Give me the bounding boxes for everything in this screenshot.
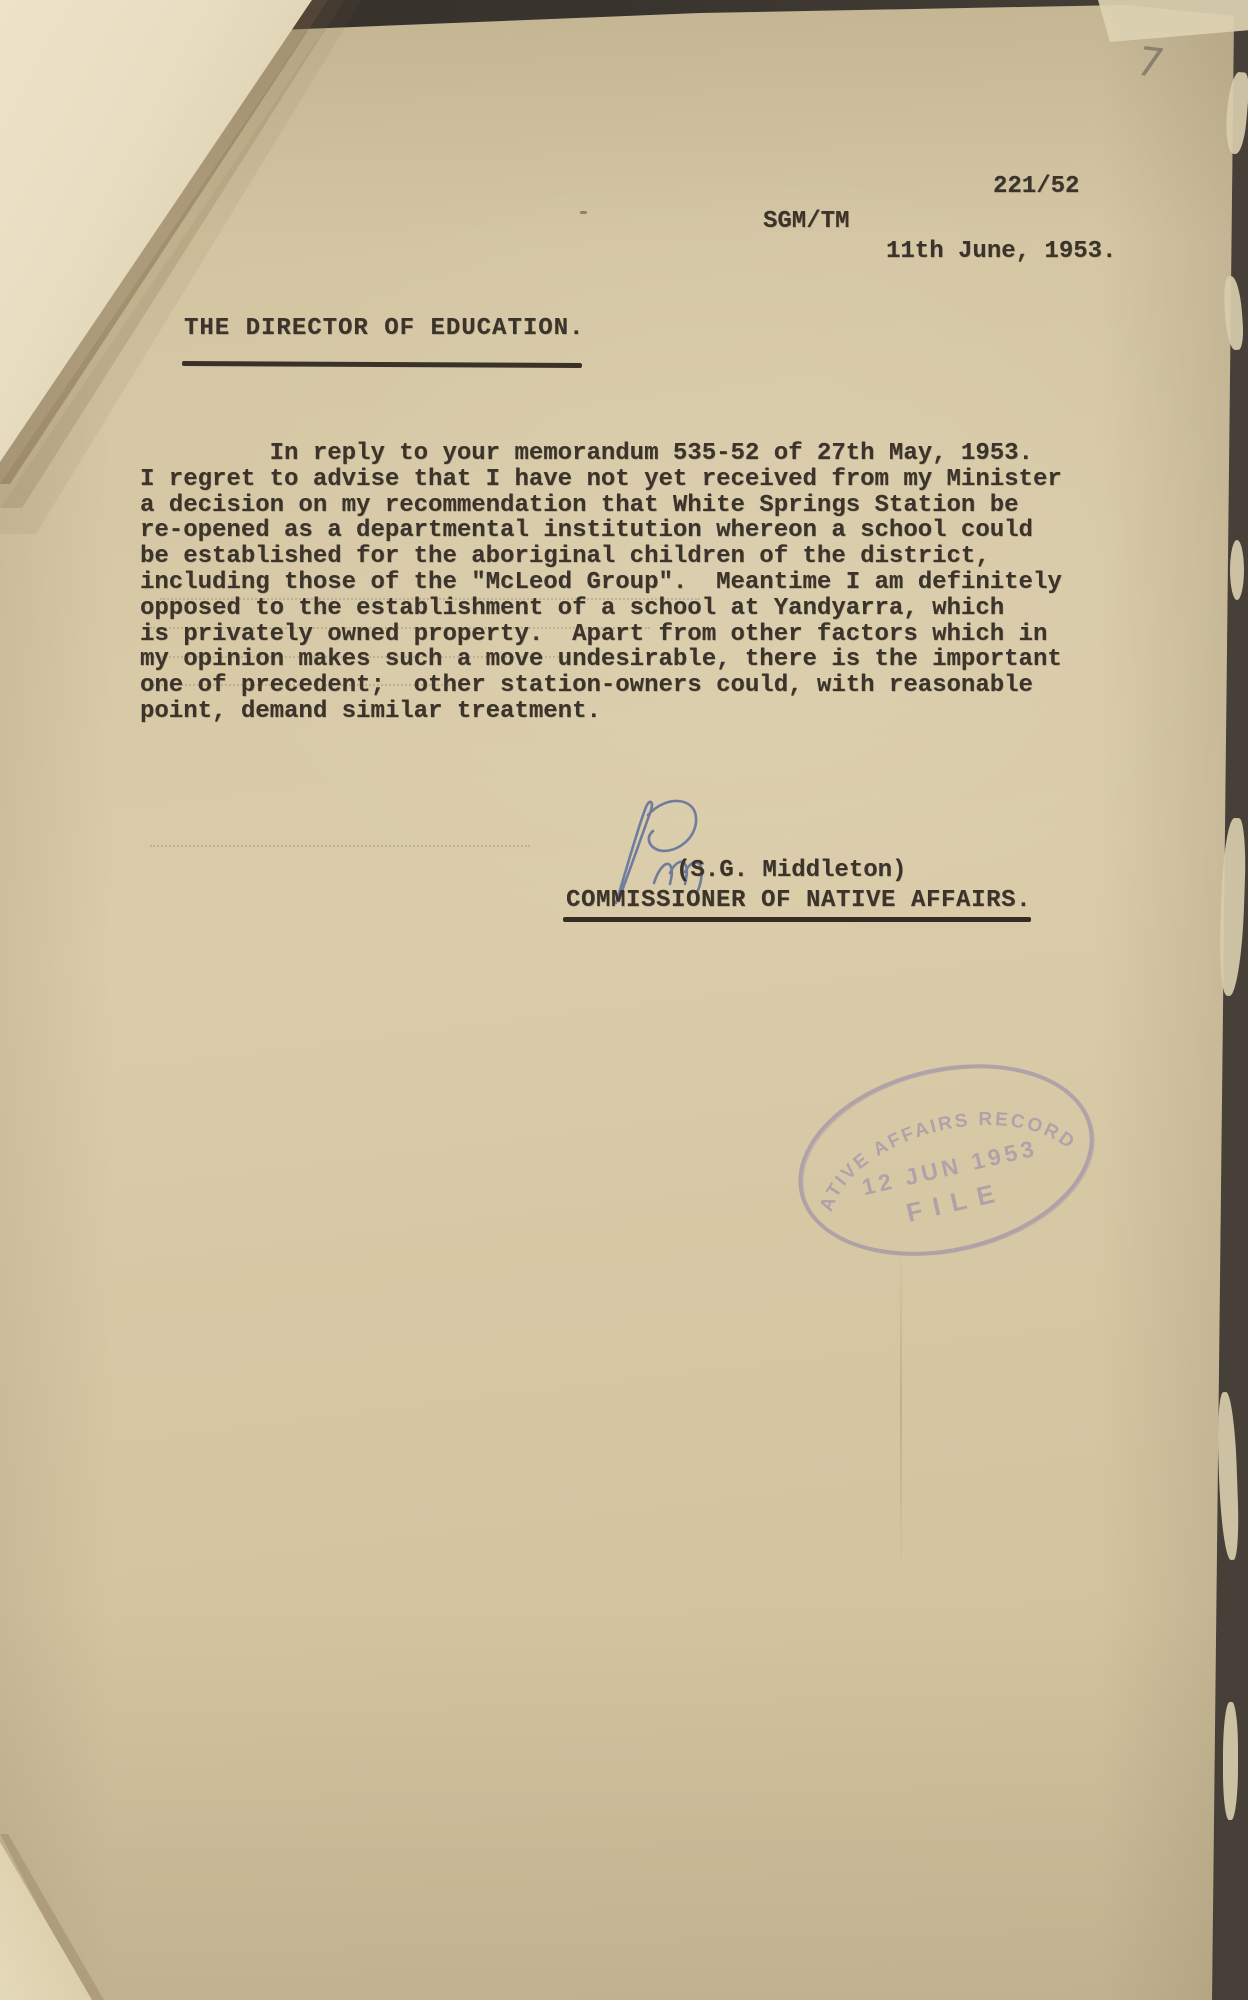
recipient-underline	[182, 361, 582, 368]
body-line: including those of the "McLeod Group". M…	[140, 570, 1062, 596]
ink-speck	[580, 211, 587, 214]
typist-initials: SGM/TM	[763, 209, 849, 235]
torn-paper-fragment	[1230, 540, 1244, 600]
body-line: opposed to the establishment of a school…	[140, 596, 1062, 622]
body-line: point, demand similar treatment.	[140, 699, 1062, 725]
body-line: I regret to advise that I have not yet r…	[140, 467, 1062, 493]
body-line: In reply to your memorandum 535-52 of 27…	[140, 441, 1062, 467]
scanned-letter-photo: 221/52 SGM/TM 11th June, 1953. THE DIREC…	[0, 0, 1248, 2000]
signatory-title: COMMISSIONER OF NATIVE AFFAIRS.	[566, 888, 1031, 914]
signatory-title-underline	[563, 917, 1031, 922]
body-line: is privately owned property. Apart from …	[140, 622, 1062, 648]
paper-lighting-overlay	[0, 0, 1248, 2000]
letter-date: 11th June, 1953.	[886, 239, 1116, 265]
torn-paper-fragment	[1216, 1392, 1240, 1561]
signatory-name: (S.G. Middleton)	[676, 858, 906, 884]
body-line: my opinion makes such a move undesirable…	[140, 647, 1062, 673]
paper-crease	[900, 1245, 902, 1575]
body-line: a decision on my recommendation that Whi…	[140, 493, 1062, 519]
body-line: one of precedent; other station-owners c…	[140, 673, 1062, 699]
letter-body: In reply to your memorandum 535-52 of 27…	[140, 441, 1062, 725]
body-line: re-opened as a departmental institution …	[140, 518, 1062, 544]
body-line: be established for the aboriginal childr…	[140, 544, 1062, 570]
handwritten-page-number: 7	[1131, 39, 1168, 87]
records-stamp: NATIVE AFFAIRS RECORDS 12 JUN 1953 FILE	[767, 1023, 1126, 1298]
document-page: 221/52 SGM/TM 11th June, 1953. THE DIREC…	[0, 0, 1248, 2000]
recipient-line: THE DIRECTOR OF EDUCATION.	[184, 316, 584, 342]
reference-number: 221/52	[993, 174, 1079, 200]
torn-paper-fragment	[1223, 1702, 1238, 1820]
ghost-typing-impression	[150, 845, 530, 847]
